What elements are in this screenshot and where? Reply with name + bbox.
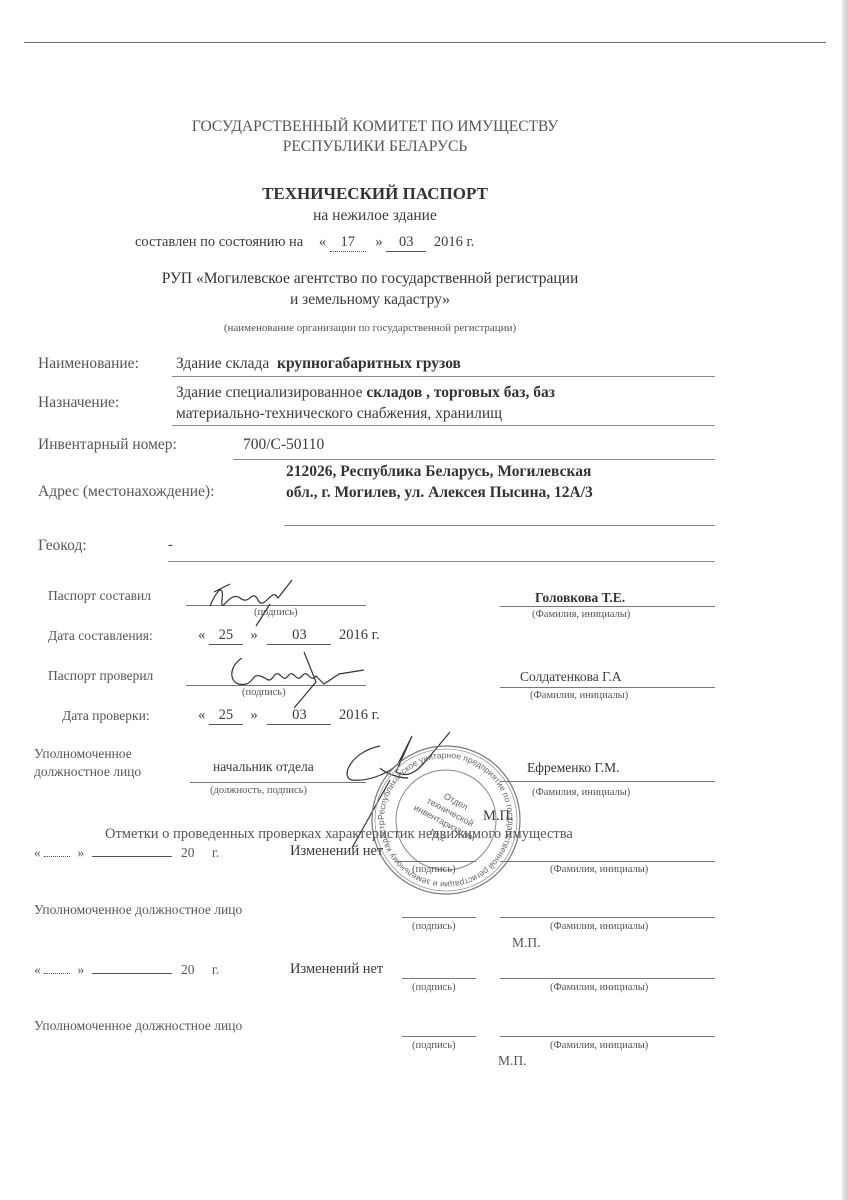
inspection-1-status: Изменений нет	[290, 843, 383, 860]
authorized-name-caption: (Фамилия, инициалы)	[532, 787, 630, 798]
inspection-2-official-signature-caption: (подпись)	[412, 1040, 456, 1051]
compiled-signature-caption: (подпись)	[254, 607, 298, 618]
inventory-underline	[233, 459, 715, 460]
inspection-2-official-label: Уполномоченное должностное лицо	[34, 1018, 242, 1034]
inspection-1-seal-mark: М.П.	[512, 935, 541, 951]
address-line-2: обл., г. Могилев, ул. Алексея Пысина, 12…	[286, 484, 593, 502]
compiled-name-line	[500, 606, 715, 607]
authorized-label-line-2: должностное лицо	[34, 764, 141, 780]
inspection-1-name-line	[500, 861, 715, 862]
authorized-label-line-1: Уполномоченное	[34, 746, 132, 762]
inventory-value: 700/С-50110	[243, 436, 324, 454]
organization-caption: (наименование организации по государстве…	[60, 322, 680, 334]
inspection-1-official-name-caption: (Фамилия, инициалы)	[550, 921, 648, 932]
inspection-2-name-line	[500, 978, 715, 979]
purpose-value-line-1: Здание специализированное складов , торг…	[176, 384, 555, 402]
organization-line-2: и земельному кадастру»	[60, 291, 680, 309]
inspections-title: Отметки о проведенных проверках характер…	[105, 826, 573, 843]
state-as-of-label: составлен по состоянию на	[135, 234, 303, 250]
authorized-name-line	[500, 781, 715, 782]
scan-page-edge	[842, 0, 848, 1200]
geocode-underline	[168, 561, 715, 562]
inspection-2-seal-mark: М.П.	[498, 1053, 527, 1069]
inspection-2-date: « » 20 г.	[34, 962, 219, 978]
checked-name: Солдатенкова Г.А	[520, 669, 622, 685]
inspection-1-name-caption: (Фамилия, инициалы)	[550, 864, 648, 875]
checked-date-label: Дата проверки:	[62, 708, 150, 724]
inspection-2-signature-caption: (подпись)	[412, 982, 456, 993]
top-rule	[24, 42, 826, 43]
geocode-value: -	[168, 537, 173, 554]
checked-by-label: Паспорт проверил	[48, 668, 153, 684]
purpose-label: Назначение:	[38, 394, 119, 412]
inspection-2-status: Изменений нет	[290, 961, 383, 978]
name-value: Здание склада крупногабаритных грузов	[176, 355, 461, 373]
compiled-signature	[200, 578, 310, 628]
checked-signature	[224, 648, 374, 708]
committee-line-2: РЕСПУБЛИКИ БЕЛАРУСЬ	[0, 138, 750, 156]
name-label: Наименование:	[38, 355, 139, 373]
inspection-1-date: « » 20 г.	[34, 845, 219, 861]
geocode-label: Геокод:	[38, 537, 87, 555]
name-underline	[172, 376, 715, 377]
inspection-2-name-caption: (Фамилия, инициалы)	[550, 982, 648, 993]
checked-signature-caption: (подпись)	[242, 687, 286, 698]
inventory-label: Инвентарный номер:	[38, 436, 177, 454]
address-underline	[284, 525, 715, 526]
address-label: Адрес (местонахождение):	[38, 483, 214, 501]
compiled-name-caption: (Фамилия, инициалы)	[532, 609, 630, 620]
document-subtitle: на нежилое здание	[0, 207, 750, 225]
compiled-name: Головкова Т.Е.	[535, 590, 625, 606]
purpose-value-line-2: материально-технического снабжения, хран…	[176, 405, 502, 423]
inspection-1-signature-caption: (подпись)	[412, 864, 456, 875]
compiled-by-label: Паспорт составил	[48, 588, 151, 604]
state-as-of-year: 2016 г.	[434, 234, 475, 250]
inspection-2-official-signature-line	[402, 1036, 476, 1037]
purpose-underline	[172, 425, 715, 426]
compiled-date: « 25 » 03 2016 г.	[198, 627, 380, 645]
inspection-1-official-label: Уполномоченное должностное лицо	[34, 902, 242, 918]
checked-name-line	[500, 687, 715, 688]
document-title: ТЕХНИЧЕСКИЙ ПАСПОРТ	[0, 184, 750, 204]
state-as-of-month: 03	[386, 234, 426, 252]
state-as-of-day: 17	[330, 234, 366, 252]
committee-line-1: ГОСУДАРСТВЕННЫЙ КОМИТЕТ ПО ИМУЩЕСТВУ	[0, 118, 750, 136]
authorized-name: Ефременко Г.М.	[527, 760, 620, 776]
authorized-position: начальник отдела	[213, 759, 314, 775]
state-as-of: составлен по состоянию на « 17 » 03 2016…	[135, 234, 474, 252]
address-line-1: 212026, Республика Беларусь, Могилевская	[286, 463, 591, 481]
checked-name-caption: (Фамилия, инициалы)	[530, 690, 628, 701]
inspection-2-official-name-caption: (Фамилия, инициалы)	[550, 1040, 648, 1051]
inspection-1-signature-line	[396, 861, 476, 862]
inspection-1-official-name-line	[500, 917, 715, 918]
compiled-date-label: Дата составления:	[48, 628, 153, 644]
inspection-2-official-name-line	[500, 1036, 715, 1037]
inspection-1-official-signature-line	[402, 917, 476, 918]
checked-date: « 25 » 03 2016 г.	[198, 707, 380, 725]
organization-line-1: РУП «Могилевское агентство по государств…	[60, 270, 680, 288]
inspection-2-signature-line	[402, 978, 476, 979]
authorized-position-caption: (должность, подпись)	[210, 785, 307, 796]
inspection-1-official-signature-caption: (подпись)	[412, 921, 456, 932]
